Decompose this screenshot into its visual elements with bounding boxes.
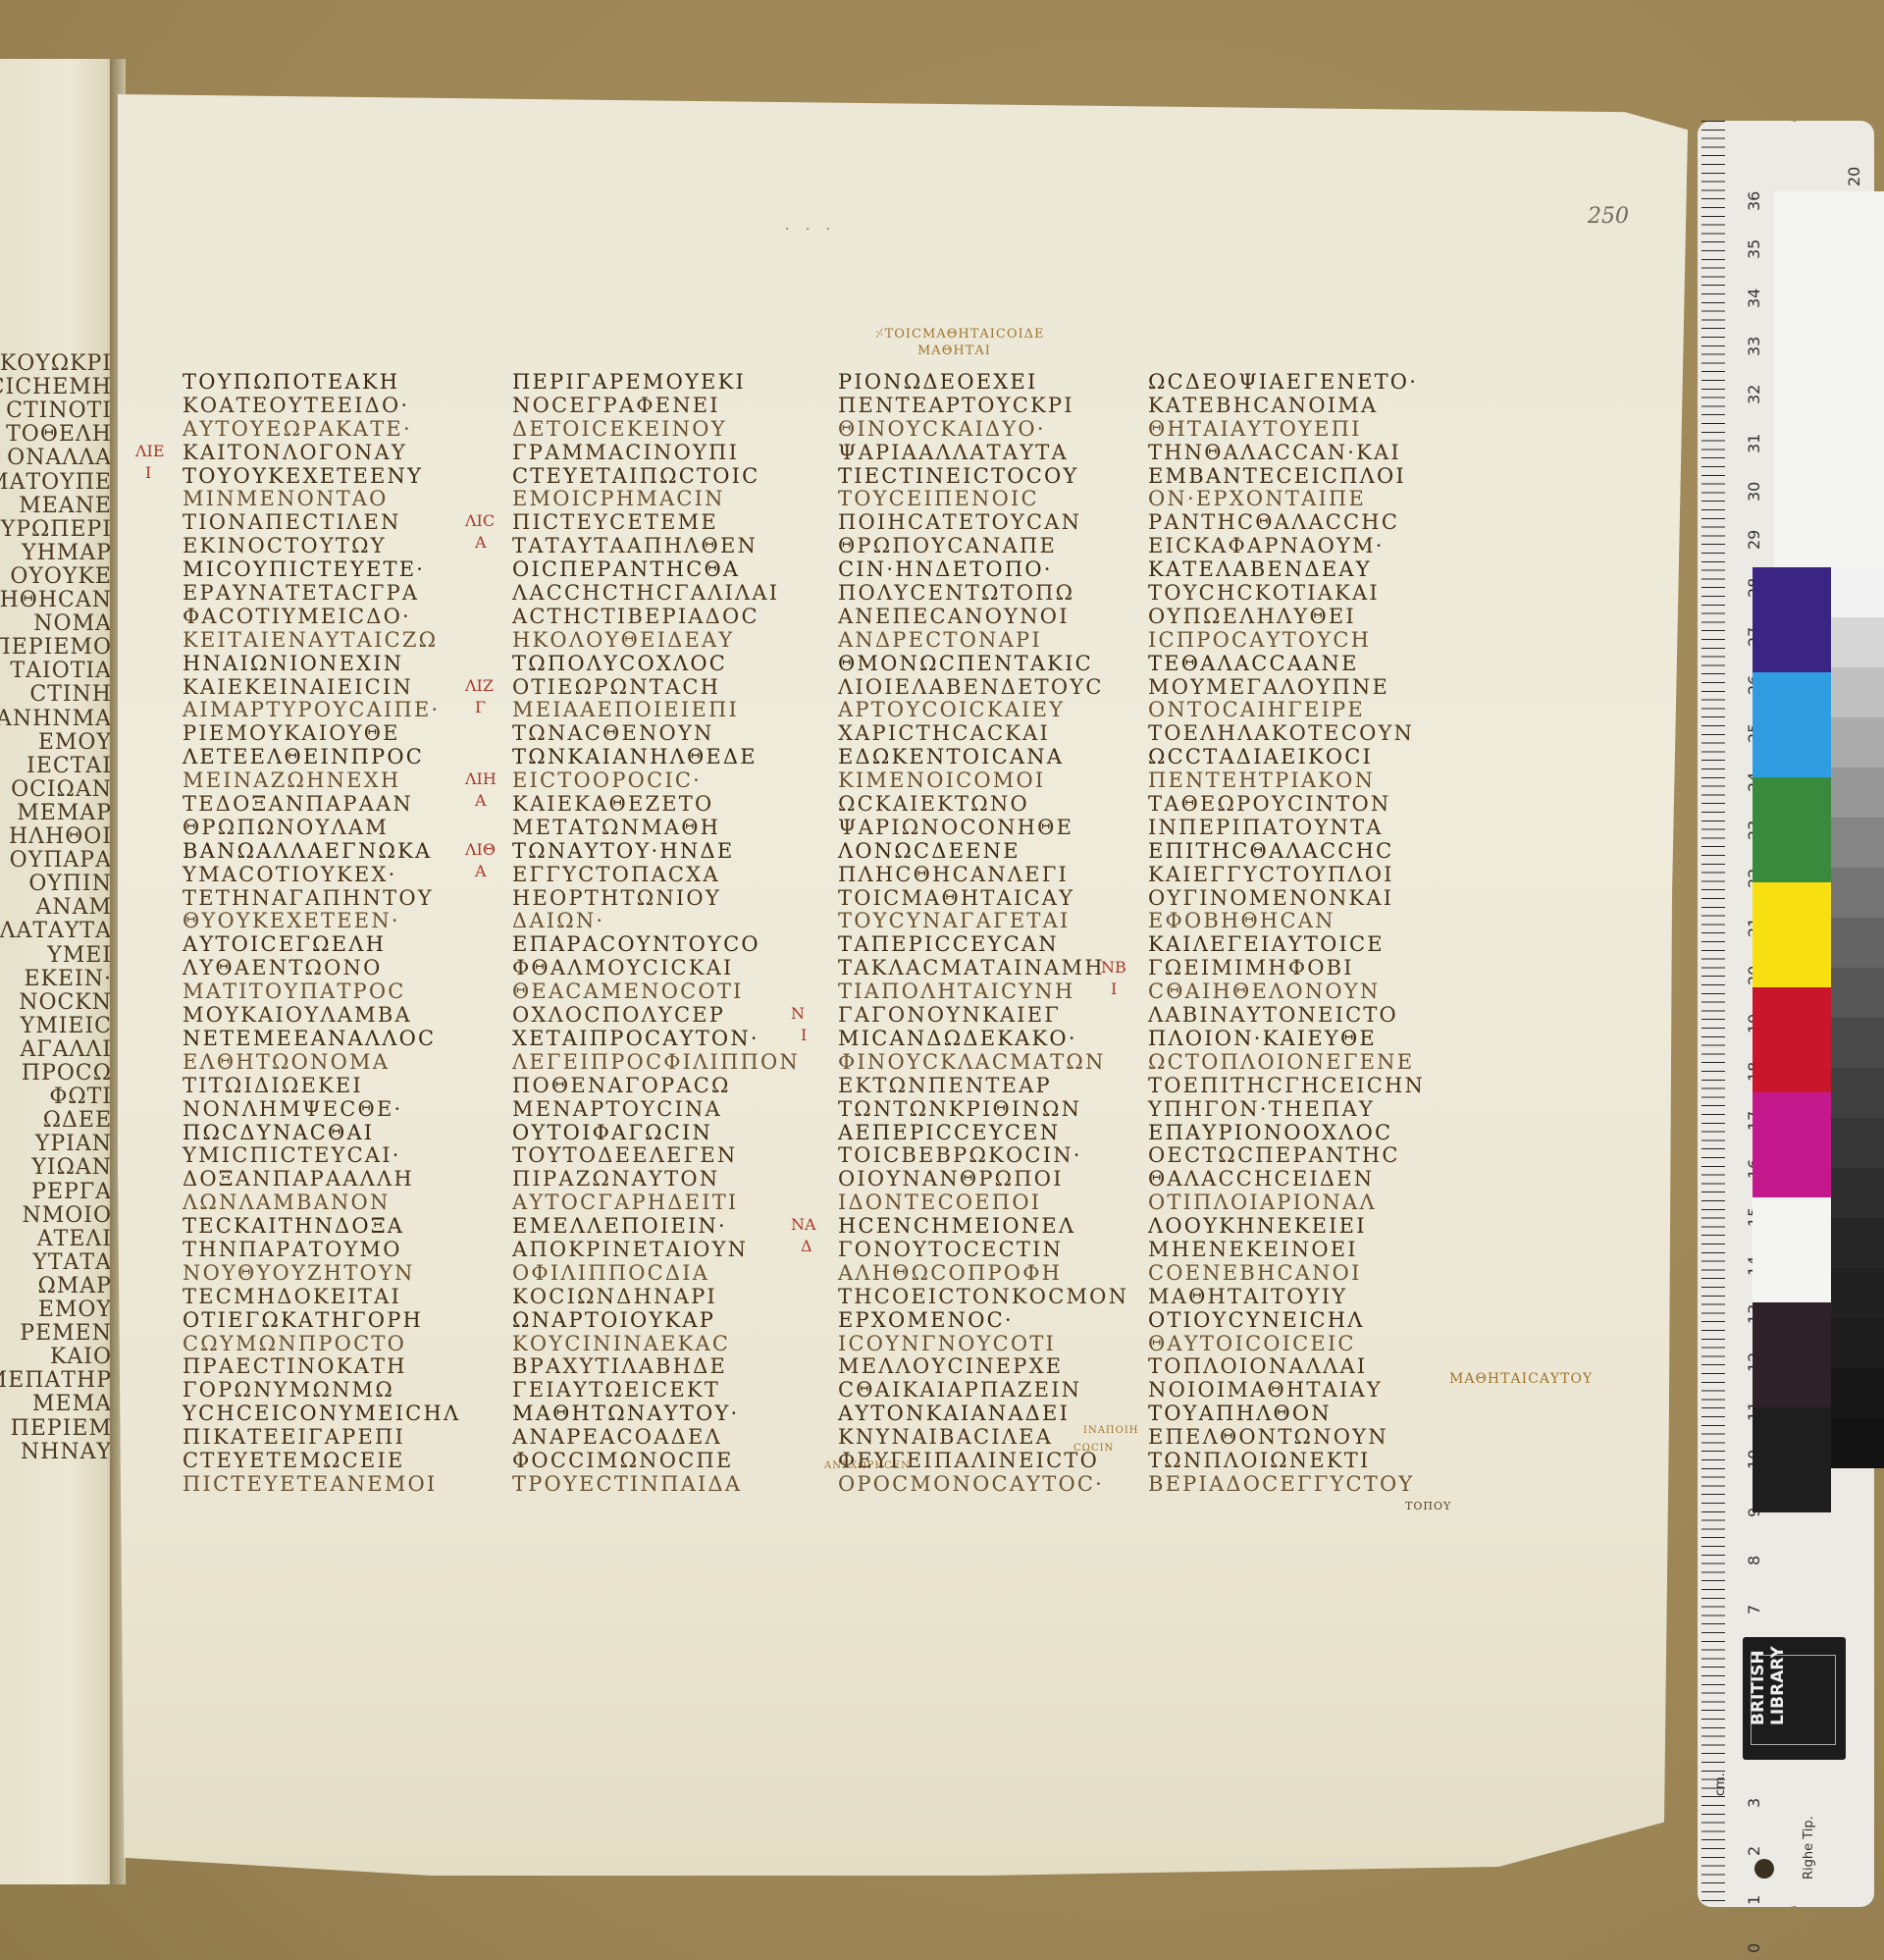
text-line: ΕΠΙΤΗϹΘΑΛΑϹϹΗϹ [1148,840,1425,864]
text-line: ΤΟΕΠΙΤΗϹΓΗϹΕΙϹΗΝ [1148,1075,1425,1098]
text-line: ΜΗΕΝΕΚΕΙΝΟΕΙ [1148,1239,1425,1262]
text-line: ΜΟΥΜΕΓΑΛΟΥΠΝΕ [1148,676,1425,700]
section-number: ΛΙϹ [465,513,495,529]
previous-leaf-line: ΛΛΑΤΑΥΤΑ [0,919,112,943]
previous-leaf: ΚΟΥΩΚΡΙϹΙϹΗΕΜΗϹΤΙΝΟΤΙΤΟΘΕΛΗΟΝΑΛΛΑΜΑΤΟΥΠΕ… [0,59,116,1884]
previous-leaf-line: ΝΟΜΑ [33,611,112,636]
text-line: ΕΔΩΚΕΝΤΟΙϹΑΝΑ [838,746,1128,769]
text-line: ΚΝΥΝΑΙΒΑϹΙΛΕΑ [838,1426,1128,1450]
text-line: ΤΑΠΕΡΙϹϹΕΥϹΑΝ [838,933,1128,957]
text-line: ΟΦΙΛΙΠΠΟϹΔΙΑ [512,1262,800,1286]
text-line: ϹΤΕΥΕΤΑΙΠΩϹΤΟΙϹ [512,465,800,489]
text-line: ΤΩΝΠΛΟΙΩΝΕΚΤΙ [1148,1450,1425,1473]
text-line: ΤΗΝΘΑΛΑϹϹΑΝ·ΚΑΙ [1148,442,1425,465]
previous-leaf-line: ΥΗΜΑΡ [22,541,112,565]
previous-leaf-line: ΥΤΑΤΑ [32,1250,112,1275]
text-line: ΤΩΠΟΛΥϹΟΧΛΟϹ [512,653,800,676]
eusebian-canon-number: Ι [801,1028,807,1043]
ruler-number: 31 [1745,433,1763,452]
text-line: ΟΥΓΙΝΟΜΕΝΟΝΚΑΙ [1148,887,1425,911]
text-line: ΑΠΟΚΡΙΝΕΤΑΙΟΥΝ [512,1239,800,1262]
gray-step [1831,768,1884,818]
text-line: ΘΑΥΤΟΙϹΟΙϹΕΙϹ [1148,1333,1425,1356]
text-line: ΟΧΛΟϹΠΟΛΥϹΕΡ [512,1004,800,1028]
text-line: ΛΟΟΥΚΗΝΕΚΕΙΕΙ [1148,1215,1425,1239]
text-line: ΕΡΑΥΝΑΤΕΤΑϹΓΡΑ [183,582,460,606]
text-line: ΤΗΝΠΑΡΑΤΟΥΜΟ [183,1239,460,1262]
previous-leaf-line: ΑΝΗΝΜΑ [0,707,112,731]
text-line: ΛΩΝΛΑΜΒΑΝΟΝ [183,1192,460,1215]
top-correction-line1: ⸓ΤΟΙϹΜΑΘΗΤΑΙϹΟΙΔΕ [875,324,1045,342]
text-line: ΒΕΡΙΑΔΟϹΕΓΓΥϹΤΟΥ [1148,1473,1425,1497]
previous-leaf-line: ΡΕΜΕΝ [20,1321,112,1346]
previous-leaf-line: ΝΗΝΑΥ [21,1440,112,1464]
text-line: ΛΑΒΙΝΑΥΤΟΝΕΙϹΤΟ [1148,1004,1425,1028]
text-line: ΔΑΙΩΝ· [512,910,800,933]
text-line: ΠΕΝΤΕΑΡΤΟΥϹΚΡΙ [838,395,1128,418]
previous-leaf-line: ΩΜΑΡ [38,1274,112,1298]
previous-leaf-line: ΜΕΑΝΕ [19,494,112,518]
text-line: ΜΕΝΑΡΤΟΥϹΙΝΑ [512,1098,800,1122]
text-line: ΤΩΝΑϹΘΕΝΟΥΝ [512,722,800,746]
text-line: ΤΙΑΠΟΛΗΤΑΙϹΥΝΗ [838,980,1128,1004]
text-line: ΤΟΥΤΟΔΕΕΛΕΓΕΝ [512,1144,800,1168]
previous-leaf-line: ΕΜΟΥ [38,730,112,755]
text-line: ϹΘΑΙΚΑΙΑΡΠΑΖΕΙΝ [838,1379,1128,1403]
text-line: ΒΡΑΧΥΤΙΛΑΒΗΔΕ [512,1355,800,1379]
text-line: ΛΑϹϹΗϹΤΗϹΓΑΛΙΛΑΙ [512,582,800,606]
eusebian-canon-number: Ι [1111,981,1117,997]
text-line: ΜΕΙΑΑΕΠΟΙΕΙΕΠΙ [512,699,800,722]
text-line: ΧΑΡΙϹΤΗϹΑϹΚΑΙ [838,722,1128,746]
text-line: ΦΕΥΓΕΙΠΑΛΙΝΕΙϹΤΟ [838,1450,1128,1473]
text-line: ΤΙΕϹΤΙΝΕΙϹΤΟϹΟΥ [838,465,1128,489]
text-line: ΓΟΝΟΥΤΟϹΕϹΤΙΝ [838,1239,1128,1262]
text-line: ΤΑΚΛΑϹΜΑΤΑΙΝΑΜΗ [838,957,1128,980]
text-line: ΜΑΘΗΤΑΙΤΟΥΙΥ [1148,1286,1425,1309]
text-line: ΤΕΔΟΞΑΝΠΑΡΑΑΝ [183,793,460,817]
text-line: ΤΕΤΗΝΑΓΑΠΗΝΤΟΥ [183,887,460,911]
section-number: ΛΙΗ [465,771,497,787]
text-line: ΤΟΥϹΕΙΠΕΝΟΙϹ [838,488,1128,511]
previous-leaf-line: ΠΕΡΙΕΜΟ [0,635,112,660]
previous-leaf-line: ΡΕΡΓΑ [31,1180,112,1204]
text-line: ΙΔΟΝΤΕϹΟΕΠΟΙ [838,1192,1128,1215]
previous-leaf-line: ΜΕΜΑΡ [17,801,112,825]
previous-leaf-line: ΑΝΑΜ [35,895,112,920]
text-line: ΩϹΔΕΟΨΙΑΕΓΕΝΕΤΟ· [1148,371,1425,395]
gray-scale [1831,567,1884,1468]
ruler-number: 33 [1745,337,1763,356]
previous-leaf-line: ΕΜΟΥ [38,1298,112,1322]
previous-leaf-line: ϹΙϹΗΕΜΗ [0,375,112,399]
text-line: ΠΟΙΗϹΑΤΕΤΟΥϹΑΝ [838,511,1128,535]
text-line: ΤΟΥΑΠΗΛΘΟΝ [1148,1403,1425,1426]
text-line: ΟΤΙΕΩΡΩΝΤΑϹΗ [512,676,800,700]
text-line: ΠΕΡΙΓΑΡΕΜΟΥΕΚΙ [512,371,800,395]
text-line: ΦΑϹΟΤΙΥΜΕΙϹΔΟ· [183,606,460,629]
eusebian-canon-number: Α [475,793,487,809]
text-line: ΝΟϹΕΓΡΑΦΕΝΕΙ [512,395,800,418]
text-line: ΘΡΩΠΟΥϹΑΝΑΠΕ [838,535,1128,558]
previous-leaf-line: ΩΔΕΕ [43,1108,112,1133]
text-line: ΝΕΤΕΜΕΕΑΝΑΛΛΟϹ [183,1028,460,1051]
text-line: ΤΕϹΚΑΙΤΗΝΔΟΞΑ [183,1215,460,1239]
text-line: ϹΤΕΥΕΤΕΜΩϹΕΙΕ [183,1450,460,1473]
text-line: ΠΩϹΔΥΝΑϹΘΑΙ [183,1122,460,1145]
text-line: ΕΠΑΡΑϹΟΥΝΤΟΥϹΟ [512,933,800,957]
text-line: ΝΟΙΟΙΜΑΘΗΤΑΙΑΥ [1148,1379,1425,1403]
text-line: ϹΩΥΜΩΝΠΡΟϹΤΟ [183,1333,460,1356]
text-line: ΑϹΤΗϹΤΙΒΕΡΙΑΔΟϹ [512,606,800,629]
text-line: ΡΙΕΜΟΥΚΑΙΟΥΘΕ [183,722,460,746]
text-line: ΜΑΤΙΤΟΥΠΑΤΡΟϹ [183,980,460,1004]
text-line: ΝΟΥΘΥΟΥΖΗΤΟΥΝ [183,1262,460,1286]
text-line: ϹΙΝ·ΗΝΔΕΤΟΠΟ· [838,558,1128,582]
gray-step [1831,667,1884,717]
section-number: ΛΙΕ [135,444,165,459]
previous-leaf-line: ϹΤΙΝΟΤΙ [6,398,112,423]
top-marks: · · · [785,222,836,238]
previous-leaf-line: ΥΙΩΑΝ [31,1155,112,1180]
text-line: ΕΡΧΟΜΕΝΟϹ· [838,1309,1128,1333]
text-line: ΠΙΡΑΖΩΝΑΥΤΟΝ [512,1168,800,1192]
text-line: ΕΜΒΑΝΤΕϹΕΙϹΠΛΟΙ [1148,465,1425,489]
text-line: ΦΟϹϹΙΜΩΝΟϹΠΕ [512,1450,800,1473]
gray-step [1831,1018,1884,1068]
text-line: ΩΝΑΡΤΟΙΟΥΚΑΡ [512,1309,800,1333]
text-line: ΟΝΤΟϹΑΙΗΓΕΙΡΕ [1148,699,1425,722]
text-line: ΕΜΟΙϹΡΗΜΑϹΙΝ [512,488,800,511]
text-line: ΔΟΞΑΝΠΑΡΑΑΛΛΗ [183,1168,460,1192]
text-line: ΨΑΡΙΩΝΟϹΟΝΗΘΕ [838,817,1128,840]
text-line: ΤΟΥϹΥΝΑΓΑΓΕΤΑΙ [838,910,1128,933]
text-line: ΕΛΘΗΤΩΟΝΟΜΑ [183,1051,460,1075]
text-line: ΕΦΟΒΗΘΗϹΑΝ [1148,910,1425,933]
text-line: ΛΟΝΩϹΔΕΕΝΕ [838,840,1128,864]
ruler-number: 29 [1745,530,1763,550]
text-line: ΙΝΠΕΡΙΠΑΤΟΥΝΤΑ [1148,817,1425,840]
text-line: ΕΠΕΛΘΟΝΤΩΝΟΥΝ [1148,1426,1425,1450]
text-line: ΗΚΟΛΟΥΘΕΙΔΕΑΥ [512,629,800,653]
text-line: ΟΤΙΕΓΩΚΑΤΗΓΟΡΗ [183,1309,460,1333]
color-swatch [1753,672,1831,777]
previous-leaf-line: ΥΜΙΕΙϹ [21,1014,112,1038]
previous-leaf-line: ΑΓΑΛΛΙ [20,1037,112,1062]
text-line: ΚΙΜΕΝΟΙϹΟΜΟΙ [838,769,1128,793]
text-line: ΛΥΘΑΕΝΤΩΟΝΟ [183,957,460,980]
text-line: ΛΕΤΕΕΛΘΕΙΝΠΡΟϹ [183,746,460,769]
text-line: ΠΛΗϹΘΗϹΑΝΛΕΓΙ [838,864,1128,887]
text-line: ΤΗϹΟΕΙϹΤΟΝΚΟϹΜΟΝ [838,1286,1128,1309]
text-line: ΜΙΝΜΕΝΟΝΤΑΟ [183,488,460,511]
previous-leaf-line: ΝΟϹΚΝ [19,990,112,1015]
color-swatches [1753,567,1831,1512]
text-line: ΤΑΤΑΥΤΑΑΠΗΛΘΕΝ [512,535,800,558]
text-line: ΠΕΝΤΕΗΤΡΙΑΚΟΝ [1148,769,1425,793]
text-line: ΩϹΤΟΠΛΟΙΟΝΕΓΕΝΕ [1148,1051,1425,1075]
text-line: ΕΚΙΝΟϹΤΟΥΤΩΥ [183,535,460,558]
previous-leaf-line: ΜΕΠΑΤΗΡ [0,1368,112,1393]
text-line: ΑΛΗΘΩϹΟΠΡΟΦΗ [838,1262,1128,1286]
previous-leaf-line: ΥΜΕΙ [47,943,112,968]
text-line: ΛΕΓΕΙΠΡΟϹΦΙΛΙΠΠΟΝ [512,1051,800,1075]
previous-leaf-line: ΟΥΟΥΚΕ [10,564,112,589]
text-line: ΚΑΙΕΚΑΘΕΖΕΤΟ [512,793,800,817]
eusebian-canon-number: Α [475,864,487,879]
gray-step [1831,617,1884,667]
text-line: ΑΥΤΟΥΕΩΡΑΚΑΤΕ· [183,418,460,442]
ruler-hole [1754,1859,1774,1879]
text-line: ΠΛΟΙΟΝ·ΚΑΙΕΥΘΕ [1148,1028,1425,1051]
text-line: ΗΝΑΙΩΝΙΟΝΕΧΙΝ [183,653,460,676]
text-line: ΓΟΡΩΝΥΜΩΝΜΩ [183,1379,460,1403]
text-line: ΟΥΤΟΙΦΑΓΩϹΙΝ [512,1122,800,1145]
gray-step [1831,717,1884,768]
text-line: ΥΜΙϹΠΙϹΤΕΥϹΑΙ· [183,1144,460,1168]
text-line: ΤΕΘΑΛΑϹϹΑΑΝΕ [1148,653,1425,676]
previous-leaf-line: ΜΕΜΑ [32,1392,112,1416]
previous-leaf-line: ΝΜΟΙΟ [22,1203,112,1228]
color-swatch [1753,1302,1831,1407]
text-line: ΠΙϹΤΕΥΕΤΕΑΝΕΜΟΙ [183,1473,460,1497]
previous-leaf-line: ΗΛΗΘΟΙ [9,824,112,849]
text-line: ΘΙΝΟΥϹΚΑΙΔΥΟ· [838,418,1128,442]
color-swatch [1753,882,1831,987]
text-line: ΘΥΟΥΚΕΧΕΤΕΕΝ· [183,910,460,933]
british-library-label: BRITISH LIBRARY [1743,1637,1846,1760]
ruler-number: 1 [1745,1894,1763,1904]
text-line: ΠΙϹΤΕΥϹΕΤΕΜΕ [512,511,800,535]
text-line: ΤΩΝΑΥΤΟΥ·ΗΝΔΕ [512,840,800,864]
text-line: ΟΤΙΠΛΟΙΑΡΙΟΝΑΛ [1148,1192,1425,1215]
previous-leaf-line: ΤΟΘΕΛΗ [6,422,112,447]
gray-step [1831,1418,1884,1468]
text-line: ΚΑΤΕΒΗϹΑΝΟΙΜΑ [1148,395,1425,418]
text-line: ΜΕΛΛΟΥϹΙΝΕΡΧΕ [838,1355,1128,1379]
ruler-number: 35 [1745,239,1763,259]
text-line: ΟΕϹΤΩϹΠΕΡΑΝΤΗϹ [1148,1144,1425,1168]
ruler-number: 2 [1745,1846,1763,1856]
section-number: ΛΙΘ [465,842,496,858]
gray-step [1831,868,1884,918]
eusebian-canon-number: Ι [145,465,151,481]
text-line: ΟΙϹΠΕΡΑΝΤΗϹΘΑ [512,558,800,582]
text-column-1: ΤΟΥΠΩΠΟΤΕΑΚΗΚΟΑΤΕΟΥΤΕΕΙΔΟ·ΑΥΤΟΥΕΩΡΑΚΑΤΕ·… [183,371,460,1497]
text-line: ΤΡΟΥΕϹΤΙΝΠΑΙΔΑ [512,1473,800,1497]
text-line: ΚΟϹΙΩΝΔΗΝΑΡΙ [512,1286,800,1309]
previous-leaf-line: ΕΚΕΙΝ· [25,967,113,991]
text-line: ΤΑΘΕΩΡΟΥϹΙΝΤΟΝ [1148,793,1425,817]
label-line-british: BRITISH [1749,1646,1768,1725]
text-line: ΠΟΘΕΝΑΓΟΡΑϹΩ [512,1075,800,1098]
text-line: ΟΙΟΥΝΑΝΘΡΩΠΟΙ [838,1168,1128,1192]
gray-step [1831,1268,1884,1318]
text-line: ΩϹϹΤΑΔΙΑΕΙΚΟϹΙ [1148,746,1425,769]
section-number: ΛΙΖ [465,678,494,694]
col4-inline-correction: ΤΟΠΟΥ [1405,1500,1451,1512]
ruler-unit-label: cm. [1713,1773,1728,1796]
text-line: ΚΑΙΤΟΝΛΟΓΟΝΑΥ [183,442,460,465]
ruler-number: 0 [1745,1943,1763,1953]
color-swatch [1753,567,1831,672]
text-line: ΘΜΟΝΩϹΠΕΝΤΑΚΙϹ [838,653,1128,676]
text-line: ΜΕΤΑΤΩΝΜΑΘΗ [512,817,800,840]
text-line: ΑΝΕΠΕϹΑΝΟΥΝΟΙ [838,606,1128,629]
text-line: ΕΠΑΥΡΙΟΝΟΟΧΛΟϹ [1148,1122,1425,1145]
text-line: ΕΚΤΩΝΠΕΝΤΕΑΡ [838,1075,1128,1098]
eusebian-canon-number: Γ [475,700,486,715]
text-line: ΕΙϹΚΑΦΑΡΝΑΟΥΜ· [1148,535,1425,558]
label-line-library: LIBRARY [1768,1646,1788,1725]
previous-leaf-line: ΤΑΙΟΤΙΑ [10,659,112,683]
previous-leaf-line: ΑΤΕΛΙ [37,1227,112,1251]
previous-leaf-line: ΦΩΤΙ [49,1085,112,1109]
color-swatch [1753,1092,1831,1197]
previous-leaf-line: ΚΟΥΩΚΡΙ [0,351,112,376]
previous-leaf-line: ΥΡΙΑΝ [35,1132,112,1156]
text-line: ΠΙΚΑΤΕΕΙΓΑΡΕΠΙ [183,1426,460,1450]
gray-step [1831,968,1884,1018]
gray-step [1831,1218,1884,1268]
text-line: ΤΟΕΛΗΛΑΚΟΤΕϹΟΥΝ [1148,722,1425,746]
previous-leaf-line: ΥΡΩΠΕΡΙ [1,517,112,542]
text-line: ΜΟΥΚΑΙΟΥΛΑΜΒΑ [183,1004,460,1028]
text-line: ΚΕΙΤΑΙΕΝΑΥΤΑΙϹΖΩ [183,629,460,653]
text-line: ΚΑΤΕΛΑΒΕΝΔΕΑΥ [1148,558,1425,582]
text-line: ΤΙΤΩΙΔΙΩΕΚΕΙ [183,1075,460,1098]
previous-leaf-line: ΟΝΑΛΛΑ [7,446,112,470]
text-line: ΟΡΟϹΜΟΝΟϹΑΥΤΟϹ· [838,1473,1128,1497]
gray-step [1831,1068,1884,1118]
text-line: ΤΟΙϹΜΑΘΗΤΑΙϹΑΥ [838,887,1128,911]
text-line: ΑΥΤΟΙϹΕΓΩΕΛΗ [183,933,460,957]
text-line: ΤΩΝΤΩΝΚΡΙΘΙΝΩΝ [838,1098,1128,1122]
text-line: ΕΙϹΤΟΟΡΟϹΙϹ· [512,769,800,793]
gray-step [1831,818,1884,868]
folio-number: 250 [1588,204,1629,229]
color-swatch [1753,1197,1831,1302]
text-line: ΑΕΠΕΡΙϹϹΕΥϹΕΝ [838,1122,1128,1145]
previous-leaf-line: ΠΡΟϹΩ [22,1061,112,1086]
text-line: ΘΑΛΑϹϹΗϹΕΙΔΕΝ [1148,1168,1425,1192]
previous-leaf-line: ΚΑΙΟ [50,1345,112,1369]
text-line: ΥϹΗϹΕΙϹΟΝΥΜΕΙϹΗΛ [183,1403,460,1426]
ruler-number: 3 [1745,1798,1763,1808]
previous-leaf-line: ΟϹΙΩΑΝ [11,777,112,802]
text-line: ΑΡΤΟΥϹΟΙϹΚΑΙΕΥ [838,699,1128,722]
previous-leaf-line: ΟΥΠΑΡΑ [10,848,112,873]
text-line: ΒΑΝΩΑΛΛΑΕΓΝΩΚΑ [183,840,460,864]
text-line: ΤΟΥΟΥΚΕΧΕΤΕΕΝΥ [183,465,460,489]
ruler-number: 7 [1745,1605,1763,1615]
text-line: ΛΙΟΙΕΛΑΒΕΝΔΕΤΟΥϹ [838,676,1128,700]
text-line: ΑΙΜΑΡΤΥΡΟΥϹΑΙΠΕ· [183,699,460,722]
text-line: ΦΙΝΟΥϹΚΛΑϹΜΑΤΩΝ [838,1051,1128,1075]
text-line: ΑΝΔΡΕϹΤΟΝΑΡΙ [838,629,1128,653]
text-line: ΤΟΥΠΩΠΟΤΕΑΚΗ [183,371,460,395]
text-line: ΓΕΙΑΥΤΩΕΙϹΕΚΤ [512,1379,800,1403]
text-line: ΜΙϹΑΝΔΩΔΕΚΑΚΟ· [838,1028,1128,1051]
section-number: ΝΑ [791,1217,816,1233]
text-line: ΡΑΝΤΗϹΘΑΛΑϹϹΗϹ [1148,511,1425,535]
ruler-number: 32 [1745,385,1763,404]
text-line: ΤΟΥϹΗϹΚΟΤΙΑΚΑΙ [1148,582,1425,606]
color-swatch [1753,1407,1831,1512]
text-line: ΗϹΕΝϹΗΜΕΙΟΝΕΛ [838,1215,1128,1239]
text-line: ΧΕΤΑΙΠΡΟϹΑΥΤΟΝ· [512,1028,800,1051]
text-column-4: ΩϹΔΕΟΨΙΑΕΓΕΝΕΤΟ·ΚΑΤΕΒΗϹΑΝΟΙΜΑΘΗΤΑΙΑΥΤΟΥΕ… [1148,371,1425,1497]
text-line: ΝΟΝΛΗΜΨΕϹΘΕ· [183,1098,460,1122]
text-line: ΟΤΙΟΥϹΥΝΕΙϹΗΛ [1148,1309,1425,1333]
text-line: ΘΕΑϹΑΜΕΝΟϹΟΤΙ [512,980,800,1004]
color-swatch [1753,777,1831,882]
ruler-number: 34 [1745,288,1763,307]
previous-leaf-line: ΠΕΡΙΕΜ [11,1416,112,1441]
text-line: ΑΥΤΟϹΓΑΡΗΔΕΙΤΙ [512,1192,800,1215]
text-line: ΕΜΕΛΛΕΠΟΙΕΙΝ· [512,1215,800,1239]
text-column-3: ΡΙΟΝΩΔΕΟΕΧΕΙΠΕΝΤΕΑΡΤΟΥϹΚΡΙΘΙΝΟΥϹΚΑΙΔΥΟ·Ψ… [838,371,1128,1497]
text-line: ΜΑΘΗΤΩΝΑΥΤΟΥ· [512,1403,800,1426]
text-line: ΓΑΓΟΝΟΥΝΚΑΙΕΓ [838,1004,1128,1028]
text-line: ΑΥΤΟΝΚΑΙΑΝΑΔΕΙ [838,1403,1128,1426]
text-line: ΤΟΙϹΒΕΒΡΩΚΟϹΙΝ· [838,1144,1128,1168]
text-line: ΓΡΑΜΜΑϹΙΝΟΥΠΙ [512,442,800,465]
text-line: ΤΟΠΛΟΙΟΝΑΛΛΑΙ [1148,1355,1425,1379]
text-line: ΩϹΚΑΙΕΚΤΩΝΟ [838,793,1128,817]
eusebian-canon-number: Δ [801,1239,812,1254]
text-line: ΥΜΑϹΟΤΙΟΥΚΕΧ· [183,864,460,887]
right-margin-correction: ΜΑΘΗΤΑΙϹΑΥΤΟΥ [1449,1371,1593,1387]
text-line: ΠΟΛΥϹΕΝΤΩΤΟΠΩ [838,582,1128,606]
text-line: ΚΑΙΕΓΓΥϹΤΟΥΠΛΟΙ [1148,864,1425,887]
text-line: ϹΘΑΙΗΘΕΛΟΝΟΥΝ [1148,980,1425,1004]
previous-leaf-line: ΜΑΤΟΥΠΕ [0,470,112,495]
previous-leaf-line: ϹΤΙΝΗ [29,682,112,707]
text-line: ΟΝ·ΕΡΧΟΝΤΑΙΠΕ [1148,488,1425,511]
text-line: ΤΕϹΜΗΔΟΚΕΙΤΑΙ [183,1286,460,1309]
ruler-number: 8 [1745,1556,1763,1565]
text-line: ΤΙΟΝΑΠΕϹΤΙΛΕΝ [183,511,460,535]
text-line: ΚΟΑΤΕΟΥΤΕΕΙΔΟ· [183,395,460,418]
text-column-2: ΠΕΡΙΓΑΡΕΜΟΥΕΚΙΝΟϹΕΓΡΑΦΕΝΕΙΔΕΤΟΙϹΕΚΕΙΝΟΥΓ… [512,371,800,1497]
text-line: ΜΙϹΟΥΠΙϹΤΕΥΕΤΕ· [183,558,460,582]
text-line: ΚΑΙΛΕΓΕΙΑΥΤΟΙϹΕ [1148,933,1425,957]
text-line: ΙϹΠΡΟϹΑΥΤΟΥϹΗ [1148,629,1425,653]
white-reference-card [1774,191,1884,569]
previous-leaf-line: ΙΕϹΤΑΙ [26,754,112,778]
text-line: ΠΡΑΕϹΤΙΝΟΚΑΤΗ [183,1355,460,1379]
gray-step [1831,1368,1884,1418]
text-line: ΕΓΓΥϹΤΟΠΑϹΧΑ [512,864,800,887]
ruler-top-right-label: 20 [1845,167,1863,186]
text-line: ΚΟΥϹΙΝΙΝΑΕΚΑϹ [512,1333,800,1356]
color-swatch [1753,987,1831,1092]
text-line: ΔΕΤΟΙϹΕΚΕΙΝΟΥ [512,418,800,442]
label-text: BRITISH LIBRARY [1749,1646,1788,1725]
section-number: ΝΒ [1101,960,1126,976]
ruler-number: 30 [1745,481,1763,501]
text-line: ΗΕΟΡΤΗΤΩΝΙΟΥ [512,887,800,911]
text-line: ΤΩΝΚΑΙΑΝΗΛΘΕΔΕ [512,746,800,769]
text-line: ΑΝΑΡΕΑϹΟΑΔΕΛ [512,1426,800,1450]
gray-step [1831,567,1884,617]
eusebian-canon-number: Α [475,535,487,551]
text-line: ΘΡΩΠΩΝΟΥΛΑΜ [183,817,460,840]
text-line: ΓΩΕΙΜΙΜΗΦΟΒΙ [1148,957,1425,980]
previous-leaf-line: ΟΥΠΙΝ [28,872,112,896]
text-line: ΙϹΟΥΝΓΝΟΥϹΟΤΙ [838,1333,1128,1356]
